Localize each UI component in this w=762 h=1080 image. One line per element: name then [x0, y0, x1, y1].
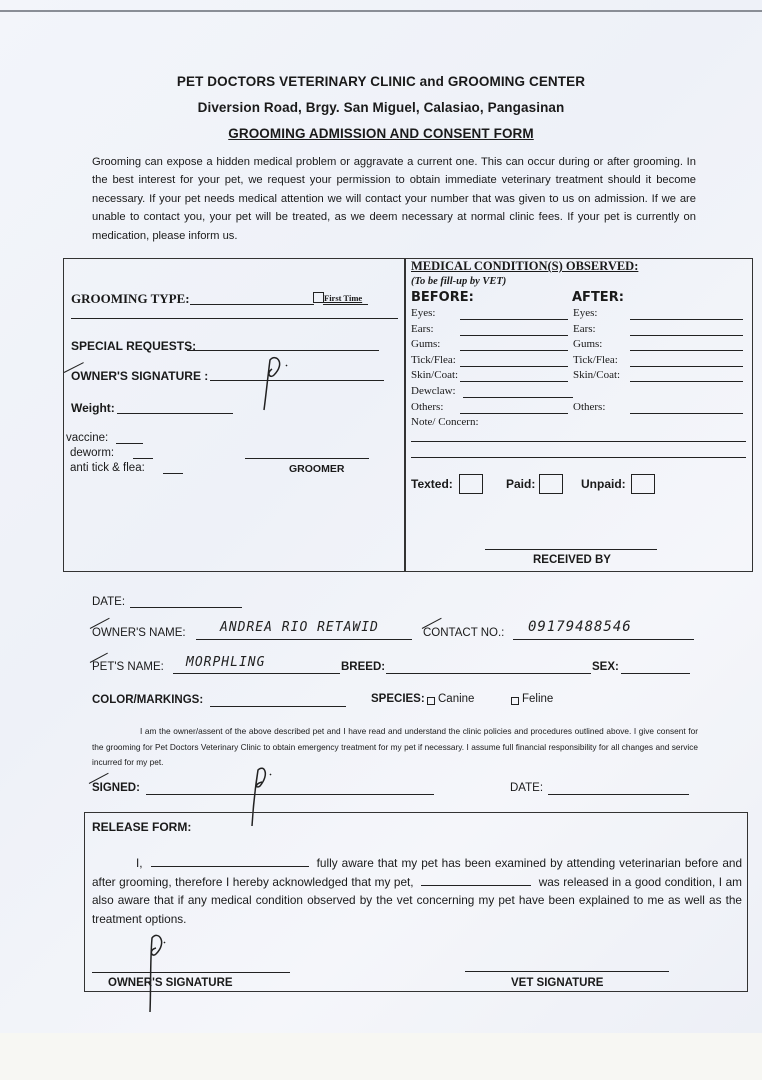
- contact-input[interactable]: [513, 639, 694, 640]
- breed-label: BREED:: [341, 661, 385, 673]
- special-requests-input[interactable]: [187, 350, 379, 351]
- release-form-title: RELEASE FORM:: [92, 820, 191, 834]
- release-text-i: I,: [92, 856, 143, 870]
- before-field-input[interactable]: [460, 350, 568, 351]
- release-pet-name-input[interactable]: [421, 875, 531, 886]
- weight-input[interactable]: [117, 413, 233, 414]
- grooming-type-label: GROOMING TYPE:: [71, 291, 190, 307]
- vet-signature-label: VET SIGNATURE: [511, 977, 603, 989]
- release-owner-signature-mark: [142, 932, 182, 1019]
- groomer-signature-line[interactable]: [245, 458, 369, 459]
- anti-tick-label: anti tick & flea:: [70, 462, 145, 474]
- release-owner-signature-line[interactable]: [92, 972, 290, 973]
- unpaid-checkbox[interactable]: [631, 474, 655, 494]
- before-field-input[interactable]: [463, 397, 573, 398]
- before-field-label: Dewclaw:: [411, 385, 456, 397]
- page-top-edge: [0, 10, 762, 12]
- note-line-2[interactable]: [411, 457, 746, 458]
- after-field-label: Eyes:: [573, 307, 597, 319]
- owner-name-value: ANDREA RIO RETAWID: [220, 620, 379, 635]
- before-field-label: Tick/Flea:: [411, 354, 456, 366]
- breed-input[interactable]: [386, 673, 591, 674]
- after-field-input[interactable]: [630, 366, 743, 367]
- after-field-input[interactable]: [630, 413, 743, 414]
- received-by-line[interactable]: [485, 549, 657, 550]
- paid-label: Paid:: [506, 477, 535, 491]
- received-by-label: RECEIVED BY: [533, 554, 611, 566]
- before-field-label: Gums:: [411, 338, 440, 350]
- panel-divider: [404, 258, 406, 572]
- before-field-input[interactable]: [460, 413, 568, 414]
- before-heading: BEFORE:: [411, 290, 474, 305]
- date-label: DATE:: [92, 596, 125, 608]
- species-feline-label: Feline: [522, 693, 553, 705]
- groomer-label: GROOMER: [289, 463, 344, 475]
- before-field-input[interactable]: [460, 381, 568, 382]
- before-field-input[interactable]: [460, 335, 568, 336]
- owner-name-label: OWNER'S NAME:: [92, 627, 186, 639]
- page-bottom-strip: [0, 1033, 762, 1080]
- paid-checkbox[interactable]: [539, 474, 563, 494]
- after-field-label: Skin/Coat:: [573, 369, 620, 381]
- first-time-underline: [323, 304, 368, 305]
- clinic-address: Diversion Road, Brgy. San Miguel, Calasi…: [0, 100, 762, 115]
- species-feline-checkbox[interactable]: [511, 697, 519, 705]
- after-heading: AFTER:: [572, 290, 624, 305]
- owner-signature-label: OWNER'S SIGNATURE :: [71, 369, 208, 383]
- grooming-type-extra-line[interactable]: [71, 318, 398, 319]
- grooming-type-input[interactable]: [190, 304, 314, 305]
- color-markings-label: COLOR/MARKINGS:: [92, 694, 203, 706]
- deworm-input[interactable]: [133, 458, 153, 459]
- species-canine-checkbox[interactable]: [427, 697, 435, 705]
- after-field-label: Ears:: [573, 323, 596, 335]
- contact-value: 09179488546: [528, 619, 632, 635]
- before-field-label: Others:: [411, 401, 443, 413]
- after-field-input[interactable]: [630, 350, 743, 351]
- consent-paragraph: I am the owner/assent of the above descr…: [92, 724, 698, 771]
- first-time-label: First Time: [324, 293, 362, 303]
- first-time-checkbox[interactable]: [313, 292, 324, 303]
- before-field-label: Eyes:: [411, 307, 435, 319]
- deworm-label: deworm:: [70, 447, 114, 459]
- release-owner-name-input[interactable]: [151, 856, 309, 867]
- consent-date-label: DATE:: [510, 782, 543, 794]
- sex-input[interactable]: [621, 673, 690, 674]
- anti-tick-input[interactable]: [163, 473, 183, 474]
- note-concern-label: Note/ Concern:: [411, 416, 479, 428]
- vaccine-input[interactable]: [116, 443, 143, 444]
- owner-signature-mark: [256, 355, 296, 420]
- texted-checkbox[interactable]: [459, 474, 483, 494]
- texted-label: Texted:: [411, 477, 453, 491]
- sex-label: SEX:: [592, 661, 619, 673]
- consent-signature-line[interactable]: [146, 794, 434, 795]
- consent-date-input[interactable]: [548, 794, 689, 795]
- medical-conditions-title: MEDICAL CONDITION(S) OBSERVED:: [411, 259, 638, 274]
- before-field-label: Skin/Coat:: [411, 369, 458, 381]
- after-field-label: Tick/Flea:: [573, 354, 618, 366]
- intro-paragraph: Grooming can expose a hidden medical pro…: [92, 153, 696, 245]
- after-field-label: Others:: [573, 401, 605, 413]
- form-title: GROOMING ADMISSION AND CONSENT FORM: [0, 126, 762, 141]
- after-field-input[interactable]: [630, 381, 743, 382]
- before-field-label: Ears:: [411, 323, 434, 335]
- note-line-1[interactable]: [411, 441, 746, 442]
- pet-name-value: MORPHLING: [186, 655, 265, 670]
- pet-name-input[interactable]: [173, 673, 340, 674]
- after-field-input[interactable]: [630, 335, 743, 336]
- pet-name-label: PET'S NAME:: [92, 661, 164, 673]
- vet-instruction: (To be fill-up by VET): [411, 276, 506, 287]
- special-requests-label: SPECIAL REQUESTS:: [71, 339, 196, 353]
- weight-label: Weight:: [71, 401, 115, 415]
- unpaid-label: Unpaid:: [581, 477, 626, 491]
- species-canine-label: Canine: [438, 693, 474, 705]
- before-field-input[interactable]: [460, 366, 568, 367]
- vaccine-label: vaccine:: [66, 432, 108, 444]
- before-field-input[interactable]: [460, 319, 568, 320]
- species-label: SPECIES:: [371, 693, 425, 705]
- owner-signature-line[interactable]: [210, 380, 384, 381]
- clinic-name: PET DOCTORS VETERINARY CLINIC and GROOMI…: [0, 74, 762, 89]
- after-field-input[interactable]: [630, 319, 743, 320]
- color-markings-input[interactable]: [210, 706, 346, 707]
- release-paragraph: I, fully aware that my pet has been exam…: [92, 854, 742, 928]
- owner-name-input[interactable]: [196, 639, 412, 640]
- contact-label: CONTACT NO.:: [423, 627, 504, 639]
- vet-signature-line[interactable]: [465, 971, 669, 972]
- signed-label: SIGNED:: [92, 782, 140, 794]
- date-input[interactable]: [130, 607, 242, 608]
- after-field-label: Gums:: [573, 338, 602, 350]
